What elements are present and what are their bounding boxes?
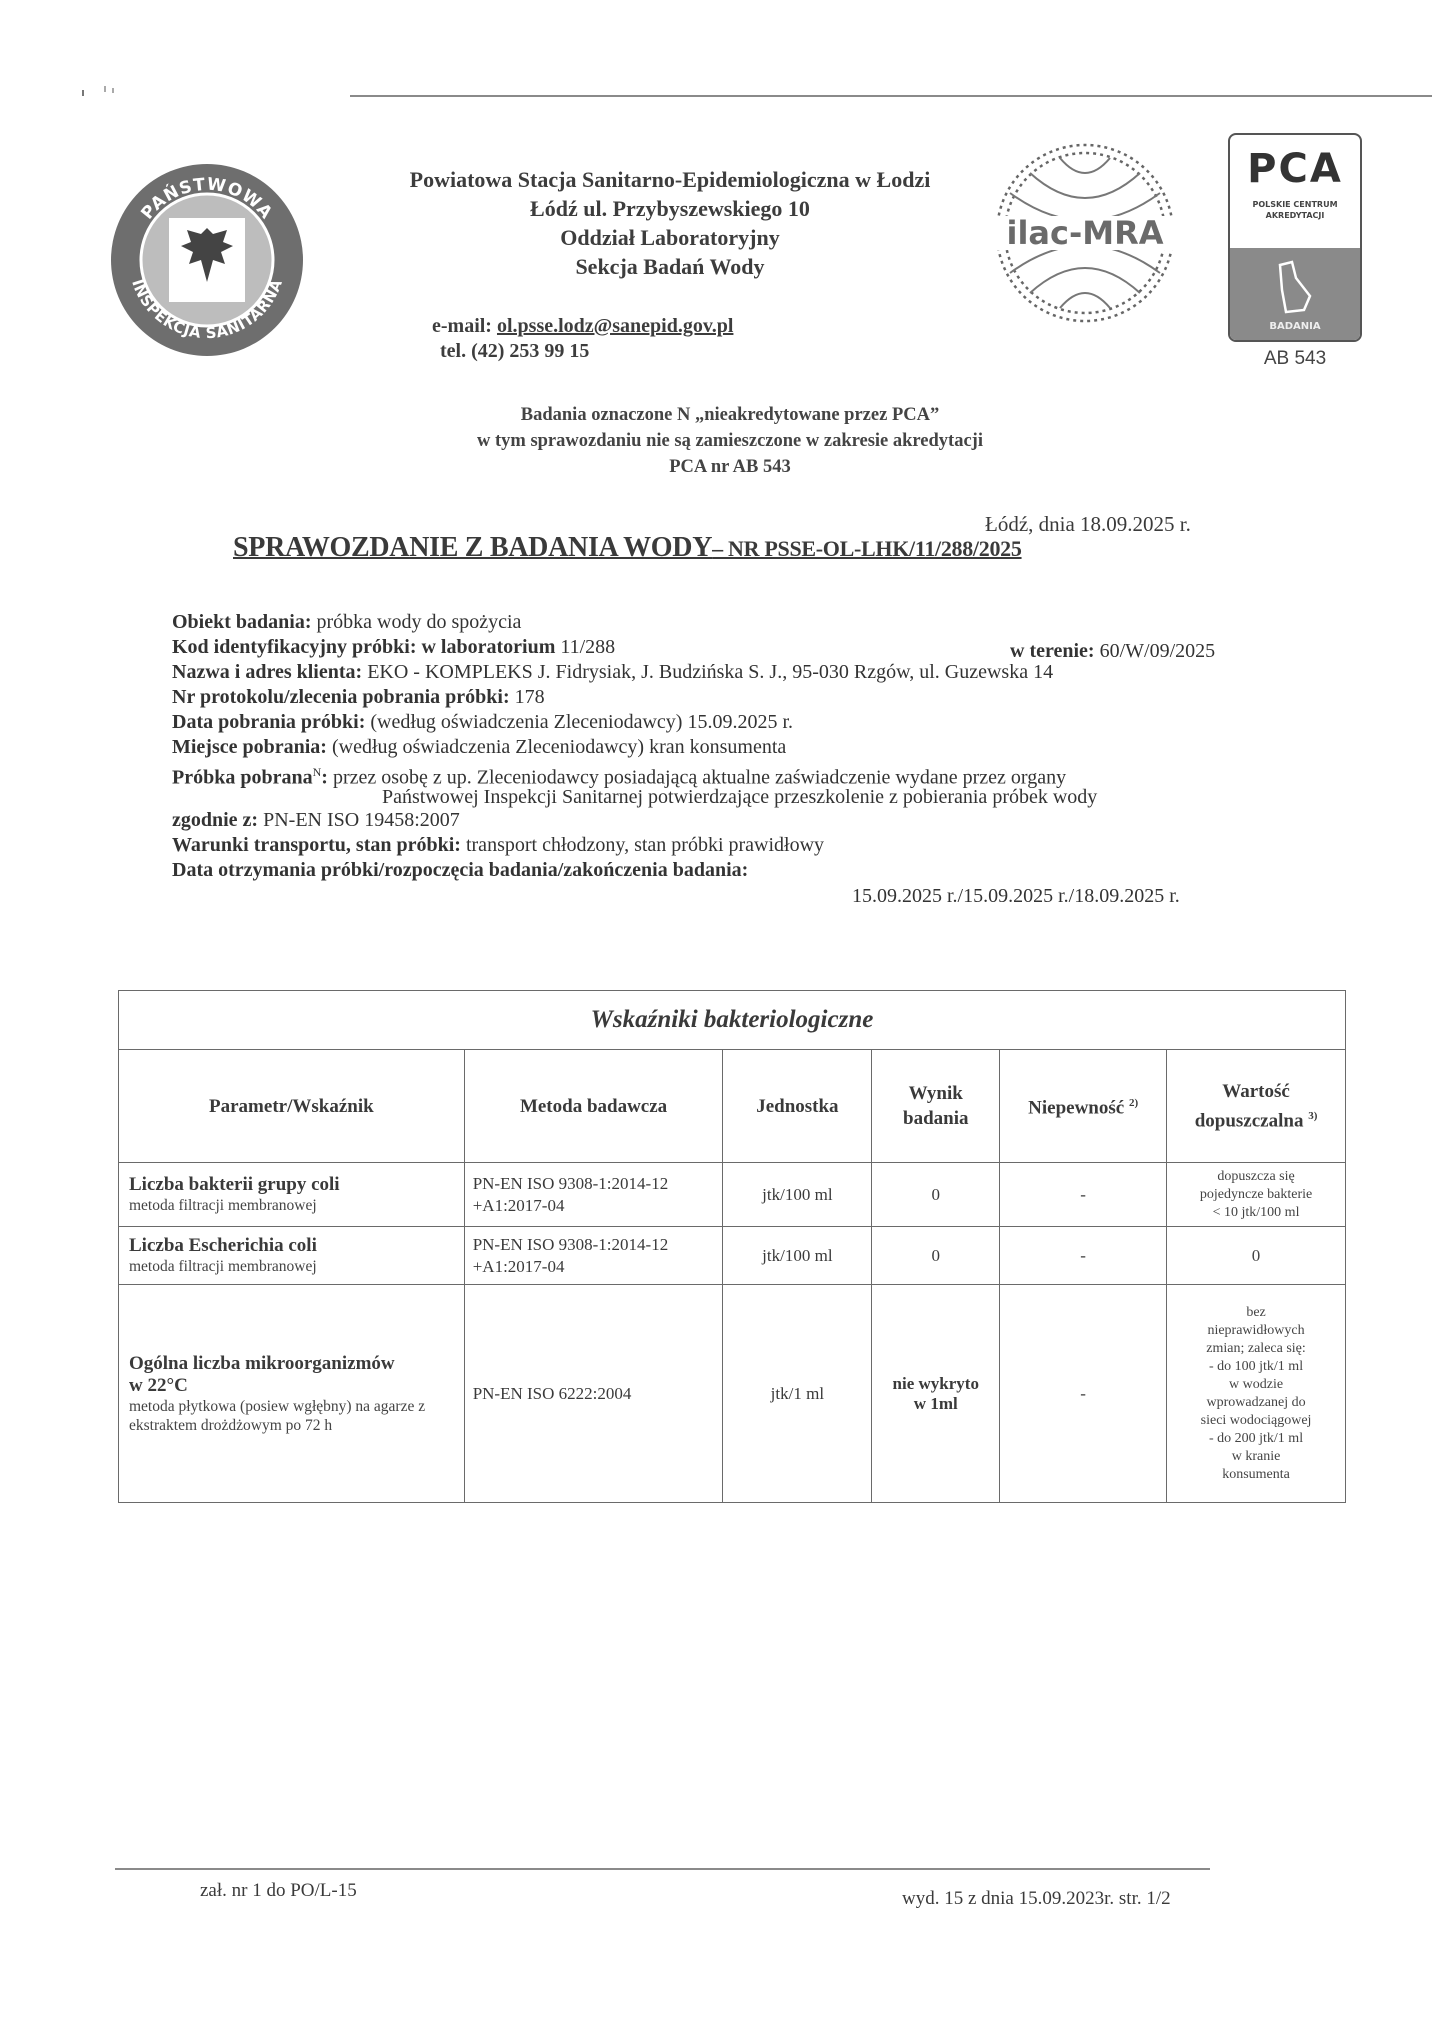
info-place: Miejsce pobrania: (według oświadczenia Z…	[172, 735, 786, 759]
report-title-main: SPRAWOZDANIE Z BADANIA WODY	[233, 532, 712, 563]
email-line: e-mail: ol.psse.lodz@sanepid.gov.pl	[432, 315, 733, 338]
info-protocol: Nr protokolu/zlecenia pobrania próbki: 1…	[172, 685, 545, 709]
col-header-unit: Jednostka	[723, 1050, 872, 1163]
label: Nr protokolu/zlecenia pobrania próbki:	[172, 686, 510, 708]
cell-unit: jtk/100 ml	[723, 1227, 872, 1285]
value: 11/288	[560, 636, 615, 658]
cell-unit: jtk/1 ml	[723, 1285, 872, 1503]
col-header-param: Parametr/Wskaźnik	[119, 1050, 465, 1163]
info-code: Kod identyfikacyjny próbki: w laboratori…	[172, 635, 615, 659]
cell-method: PN-EN ISO 6222:2004	[464, 1285, 723, 1503]
cell-param: Ogólna liczba mikroorganizmów w 22°C met…	[119, 1285, 465, 1503]
value: PN-EN ISO 19458:2007	[263, 809, 460, 831]
pca-subtitle-2: AKREDYTACJI	[1230, 210, 1360, 221]
footer-right: wyd. 15 z dnia 15.09.2023r. str. 1/2	[902, 1888, 1171, 1910]
cell-limit: 0	[1167, 1227, 1346, 1285]
report-title: SPRAWOZDANIE Z BADANIA WODY– NR PSSE-OL-…	[233, 532, 1022, 564]
table-header-row: Parametr/Wskaźnik Metoda badawcza Jednos…	[119, 1050, 1346, 1163]
cell-uncertainty: -	[1000, 1227, 1167, 1285]
label-sup: N	[313, 765, 322, 779]
param-method-desc: metoda płytkowa (posiew wgłębny) na agar…	[129, 1397, 454, 1435]
label: Warunki transportu, stan próbki:	[172, 834, 461, 856]
institution-address: Łódź ul. Przybyszewskiego 10	[320, 194, 1020, 223]
email-label: e-mail:	[432, 315, 492, 337]
label: w terenie:	[1010, 640, 1095, 662]
info-transport: Warunki transportu, stan próbki: transpo…	[172, 833, 824, 857]
label: Obiekt badania:	[172, 611, 311, 633]
footer-rule	[115, 1868, 1210, 1870]
footer-left: zał. nr 1 do PO/L-15	[200, 1880, 357, 1902]
svg-text:ilac-MRA: ilac-MRA	[1006, 214, 1163, 252]
label: Nazwa i adres klienta:	[172, 661, 362, 683]
note-line: Badania oznaczone N „nieakredytowane prz…	[330, 402, 1130, 428]
scan-artifact	[104, 86, 106, 92]
cell-result: 0	[872, 1227, 1000, 1285]
pca-badge: BADANIA	[1230, 321, 1360, 332]
col-header-uncertainty: Niepewność 2)	[1000, 1050, 1167, 1163]
ilac-mra-logo: ilac-MRA	[985, 138, 1185, 328]
value: 178	[515, 686, 545, 708]
cell-method: PN-EN ISO 9308-1:2014-12+A1:2017-04	[464, 1163, 723, 1227]
col-header-limit: Wartośćdopuszczalna 3)	[1167, 1050, 1346, 1163]
param-method-desc: metoda filtracji membranowej	[129, 1257, 454, 1276]
limit-line: zmian; zaleca się:	[1206, 1341, 1306, 1356]
institution-section: Sekcja Badań Wody	[320, 252, 1020, 281]
label: Miejsce pobrania:	[172, 736, 327, 758]
limit-line: wprowadzanej do	[1206, 1395, 1305, 1410]
cell-limit: beznieprawidłowychzmian; zaleca się:- do…	[1167, 1285, 1346, 1503]
pca-title: PCA	[1230, 135, 1360, 191]
col-header-result: Wynikbadania	[872, 1050, 1000, 1163]
cell-method: PN-EN ISO 9308-1:2014-12+A1:2017-04	[464, 1227, 723, 1285]
report-number: – NR PSSE-OL-LHK/11/288/2025	[712, 536, 1021, 561]
table-title: Wskaźniki bakteriologiczne	[119, 991, 1346, 1050]
phone-line: tel. (42) 253 99 15	[440, 340, 589, 363]
value: (według oświadczenia Zleceniodawcy) kran…	[332, 736, 786, 758]
pca-accreditation-code: AB 543	[1240, 348, 1350, 370]
info-dates: Data otrzymania próbki/rozpoczęcia badan…	[172, 858, 748, 882]
limit-line: nieprawidłowych	[1207, 1323, 1304, 1338]
param-name: Liczba bakterii grupy coli	[129, 1174, 454, 1196]
top-rule	[350, 95, 1432, 97]
value: EKO - KOMPLEKS J. Fidrysiak, J. Budzińsk…	[367, 661, 1053, 683]
value: próbka wody do spożycia	[316, 611, 521, 633]
cell-unit: jtk/100 ml	[723, 1163, 872, 1227]
limit-line: konsumenta	[1222, 1467, 1290, 1482]
value: (według oświadczenia Zleceniodawcy) 15.0…	[370, 711, 793, 733]
pca-subtitle-1: POLSKIE CENTRUM	[1230, 199, 1360, 210]
table-row: Liczba Escherichia coli metoda filtracji…	[119, 1227, 1346, 1285]
param-method-desc: metoda filtracji membranowej	[129, 1196, 454, 1215]
email-link[interactable]: ol.psse.lodz@sanepid.gov.pl	[497, 315, 733, 337]
note-line: w tym sprawozdaniu nie są zamieszczone w…	[330, 428, 1130, 454]
cell-uncertainty: -	[1000, 1163, 1167, 1227]
institution-block: Powiatowa Stacja Sanitarno-Epidemiologic…	[320, 165, 1020, 281]
limit-line: w kranie	[1232, 1449, 1281, 1464]
cell-param: Liczba Escherichia coli metoda filtracji…	[119, 1227, 465, 1285]
institution-department: Oddział Laboratoryjny	[320, 223, 1020, 252]
info-client: Nazwa i adres klienta: EKO - KOMPLEKS J.…	[172, 660, 1053, 684]
label: Data pobrania próbki:	[172, 711, 365, 733]
scan-artifact	[112, 88, 114, 93]
limit-line: w wodzie	[1229, 1377, 1283, 1392]
cell-result: nie wykrytow 1ml	[872, 1285, 1000, 1503]
value: 60/W/09/2025	[1100, 640, 1216, 662]
info-sampling-date: Data pobrania próbki: (według oświadczen…	[172, 710, 793, 734]
info-dates-value: 15.09.2025 r./15.09.2025 r./18.09.2025 r…	[852, 884, 1180, 908]
accreditation-note: Badania oznaczone N „nieakredytowane prz…	[330, 402, 1130, 480]
cell-result: 0	[872, 1163, 1000, 1227]
param-name-cont: w 22°C	[129, 1375, 454, 1397]
flask-icon	[1270, 260, 1320, 315]
note-line: PCA nr AB 543	[330, 454, 1130, 480]
info-sampled-by-cont: Państwowej Inspekcji Sanitarnej potwierd…	[382, 785, 1097, 809]
limit-line: - do 200 jtk/1 ml	[1209, 1431, 1303, 1446]
cell-limit: dopuszcza siępojedyncze bakterie< 10 jtk…	[1167, 1163, 1346, 1227]
pca-logo: PCA POLSKIE CENTRUM AKREDYTACJI BADANIA	[1228, 133, 1362, 342]
limit-line: sieci wodociągowej	[1201, 1413, 1312, 1428]
info-object: Obiekt badania: próbka wody do spożycia	[172, 610, 521, 634]
bacteriological-results-table: Wskaźniki bakteriologiczne Parametr/Wska…	[118, 990, 1346, 1503]
value: transport chłodzony, stan próbki prawidł…	[466, 834, 824, 856]
scan-artifact	[82, 90, 84, 96]
label: Kod identyfikacyjny próbki: w laboratori…	[172, 636, 555, 658]
label: zgodnie z:	[172, 809, 258, 831]
table-row: Liczba bakterii grupy coli metoda filtra…	[119, 1163, 1346, 1227]
institution-name: Powiatowa Stacja Sanitarno-Epidemiologic…	[320, 165, 1020, 194]
info-compliance: zgodnie z: PN-EN ISO 19458:2007	[172, 808, 460, 832]
param-name: Liczba Escherichia coli	[129, 1235, 454, 1257]
cell-uncertainty: -	[1000, 1285, 1167, 1503]
label: Próbka pobrana	[172, 767, 313, 789]
label: Data otrzymania próbki/rozpoczęcia badan…	[172, 859, 748, 881]
param-name: Ogólna liczba mikroorganizmów	[129, 1353, 454, 1375]
table-row: Ogólna liczba mikroorganizmów w 22°C met…	[119, 1285, 1346, 1503]
limit-line: bez	[1246, 1305, 1265, 1320]
limit-line: - do 100 jtk/1 ml	[1209, 1359, 1303, 1374]
col-header-method: Metoda badawcza	[464, 1050, 723, 1163]
cell-param: Liczba bakterii grupy coli metoda filtra…	[119, 1163, 465, 1227]
psse-logo: PAŃSTWOWA INSPEKCJA SANITARNA	[107, 160, 307, 360]
